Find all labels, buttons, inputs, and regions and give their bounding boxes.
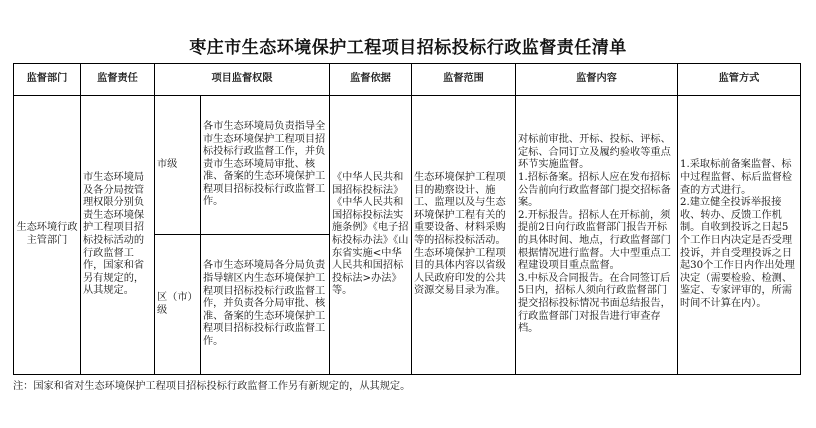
level-city: 市级 [155,96,201,235]
content-item-2: 2.开标报告。招标人在开标前，须提前2日向行政监督部门报告开标的具体时间、地点，… [518,210,675,273]
header-method: 监管方式 [678,64,801,96]
header-content: 监督内容 [516,64,678,96]
method-item-2: 2.建立健全投诉举报接收、转办、反馈工作机制。自收到投诉之日起5个工作日内决定是… [680,197,798,310]
department-cell: 生态环境行政主管部门 [14,96,81,375]
basis-cell: 《中华人民共和国招标投标法》《中华人民共和国招标投标法实施条例》《电子招标投标办… [330,96,412,375]
document-title: 枣庄市生态环境保护工程项目招标投标行政监督责任清单 [0,33,816,58]
header-authority: 项目监督权限 [155,64,330,96]
content-item-3: 3.中标及合同报告。在合同签订后5日内，招标人须向行政监督部门提交招标投标情况书… [518,273,675,336]
authority-city: 各市生态环境局负责指导全市生态环境保护工程项目招标投标行政监督工作，并负责市生态… [201,96,330,235]
content-cell: 对标前审批、开标、投标、评标、定标、合同订立及履约验收等重点环节实施监督。 1.… [516,96,678,375]
header-row: 监督部门 监督责任 项目监督权限 监督依据 监督范围 监督内容 监管方式 [14,64,801,96]
authority-district: 各市生态环境局各分局负责指导辖区内生态环境保护工程项目招标投标行政监督工作，并负… [201,235,330,375]
method-cell: 1.采取标前备案监督、标中过程监督、标后监督检查的方式进行。 2.建立健全投诉举… [678,96,801,375]
header-department: 监督部门 [14,64,81,96]
content-item-1: 1.招标备案。招标人应在发布招标公告前向行政监督部门提交招标备案。 [518,172,675,210]
table-row: 生态环境行政主管部门 市生态环境局及各分局按管理权限分别负责生态环境保护工程项目… [14,96,801,235]
header-scope: 监督范围 [412,64,516,96]
content-intro: 对标前审批、开标、投标、评标、定标、合同订立及履约验收等重点环节实施监督。 [518,134,675,172]
footnote: 注：国家和省对生态环境保护工程项目招标投标行政监督工作另有新规定的，从其规定。 [13,377,410,392]
header-basis: 监督依据 [330,64,412,96]
header-responsibility: 监督责任 [81,64,155,96]
responsibility-cell: 市生态环境局及各分局按管理权限分别负责生态环境保护工程项目招标投标活动的行政监督… [81,96,155,375]
responsibility-table: 监督部门 监督责任 项目监督权限 监督依据 监督范围 监督内容 监管方式 生态环… [13,63,801,375]
level-district: 区（市）级 [155,235,201,375]
scope-cell: 生态环境保护工程项目的勘察设计、施工、监理以及与生态环境保护工程有关的重要设备、… [412,96,516,375]
method-item-1: 1.采取标前备案监督、标中过程监督、标后监督检查的方式进行。 [680,159,798,197]
